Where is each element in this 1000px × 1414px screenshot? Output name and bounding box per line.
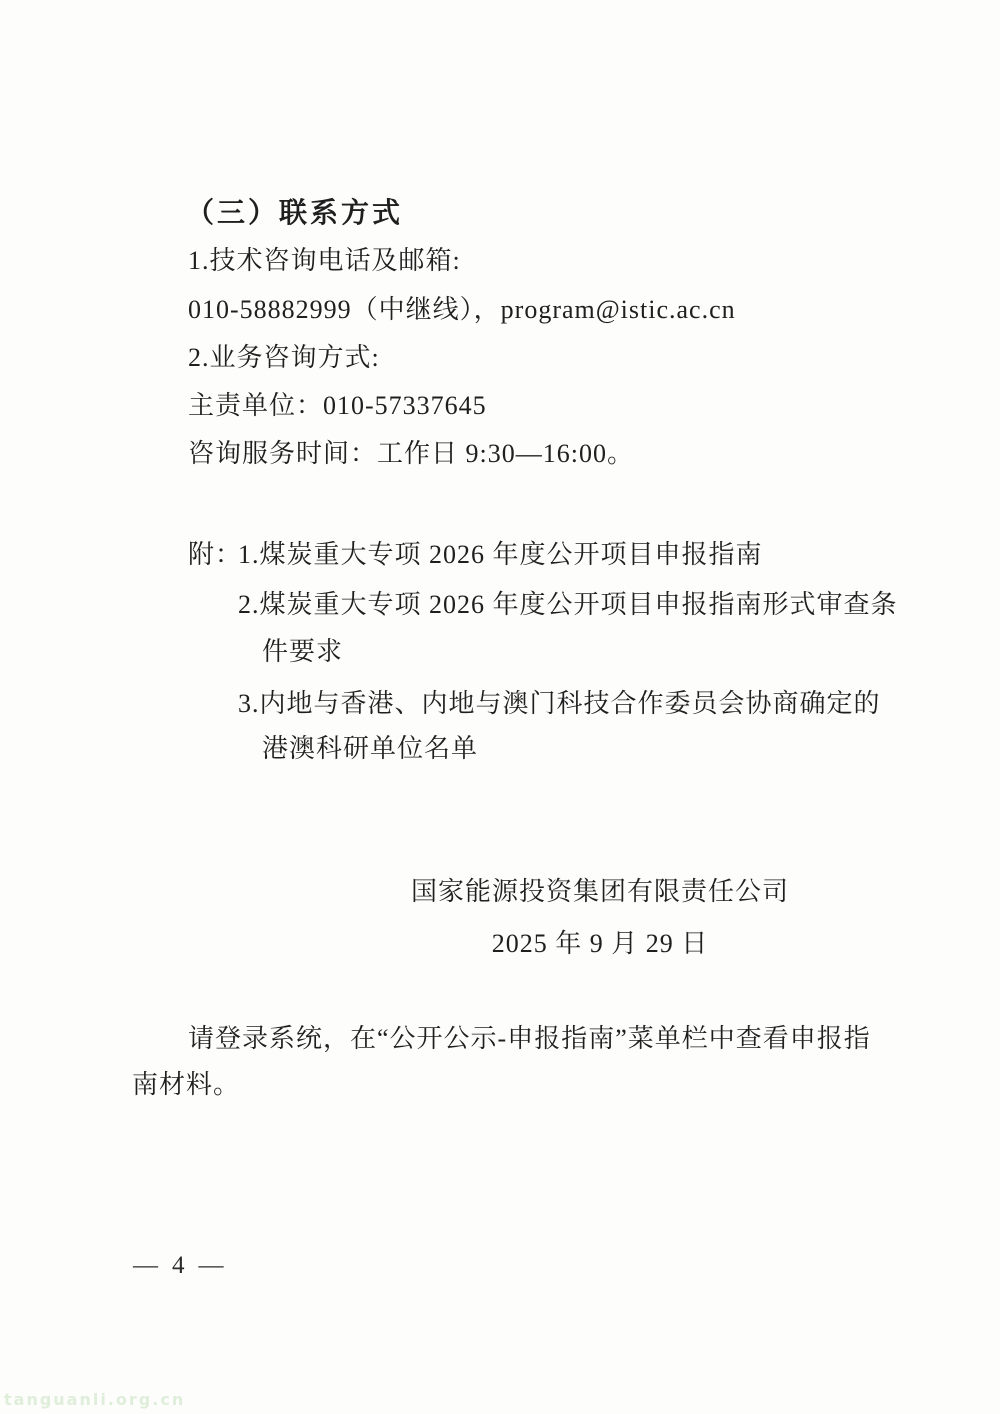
signature-date: 2025 年 9 月 29 日 xyxy=(340,918,860,970)
section-heading: （三）联系方式 xyxy=(186,191,403,231)
closing-paragraph-line-2: 南材料。 xyxy=(132,1064,240,1101)
watermark-text: tanguanli.org.cn xyxy=(4,1390,185,1409)
contact-line-tech-label: 1.技术咨询电话及邮箱: xyxy=(188,240,461,277)
attachment-item-2: 2.煤炭重大专项 2026 年度公开项目申报指南形式审查条 xyxy=(238,584,898,621)
page-number-right-dash: — xyxy=(199,1252,224,1280)
contact-line-business-label: 2.业务咨询方式: xyxy=(188,337,380,374)
page-number-left-dash: — xyxy=(133,1252,158,1280)
attachment-item-3-continuation: 港澳科研单位名单 xyxy=(262,728,478,765)
signature-organization: 国家能源投资集团有限责任公司 xyxy=(340,866,860,918)
attachment-item-1: 1.煤炭重大专项 2026 年度公开项目申报指南 xyxy=(238,534,763,571)
contact-line-responsible-unit: 主责单位：010-57337645 xyxy=(188,385,487,422)
contact-line-service-hours: 咨询服务时间：工作日 9:30—16:00。 xyxy=(188,433,634,470)
attachments-label: 附： xyxy=(188,534,242,571)
page-number: — 4 — xyxy=(133,1252,224,1280)
document-page: （三）联系方式 1.技术咨询电话及邮箱: 010-58882999（中继线），p… xyxy=(0,0,1000,1414)
page-number-value: 4 xyxy=(172,1252,185,1280)
signature-block: 国家能源投资集团有限责任公司 2025 年 9 月 29 日 xyxy=(340,866,860,970)
attachment-item-2-continuation: 件要求 xyxy=(262,631,343,668)
attachment-item-3: 3.内地与香港、内地与澳门科技合作委员会协商确定的 xyxy=(238,683,881,720)
contact-line-phone-email: 010-58882999（中继线），program@istic.ac.cn xyxy=(188,289,736,326)
closing-paragraph-line-1: 请登录系统，在“公开公示-申报指南”菜单栏中查看申报指 xyxy=(188,1018,871,1055)
